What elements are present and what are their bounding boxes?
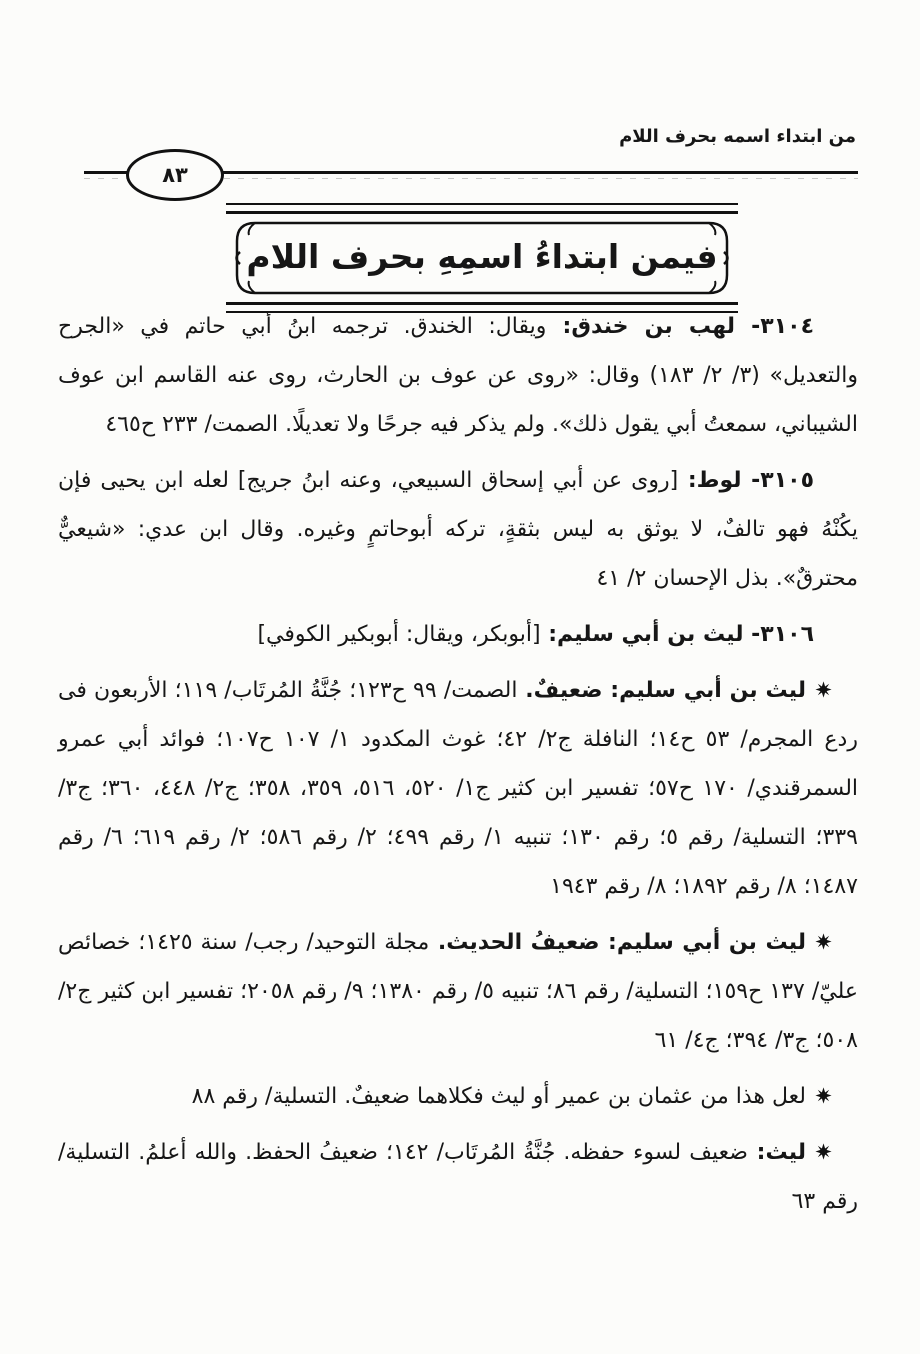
title-top-rule: [226, 203, 738, 214]
note-headword: ليث بن أبي سليم: ضعيفُ الحديث.: [429, 930, 806, 955]
note-paragraph: لعل هذا من عثمان بن عمير أو ليث فكلاهما …: [58, 1072, 858, 1121]
entry-body: [أبوبكر، ويقال: أبوبكير الكوفي]: [257, 622, 540, 647]
entry-number: ٣١٠٤-: [735, 314, 814, 339]
entry-name: لهب بن خندق:: [546, 314, 735, 339]
entry-name: ليث بن أبي سليم:: [541, 622, 744, 647]
entry-number: ٣١٠٥-: [742, 468, 814, 493]
note-paragraph: ليث: ضعيف لسوء حفظه. جُنَّةُ المُرتَاب/ …: [58, 1128, 858, 1226]
note-headword: ليث بن أبي سليم: ضعيفٌ.: [517, 678, 806, 703]
note-paragraph: ليث بن أبي سليم: ضعيفُ الحديث. مجلة التو…: [58, 918, 858, 1065]
entry-number: ٣١٠٦-: [743, 622, 814, 647]
note-text: لعل هذا من عثمان بن عمير أو ليث فكلاهما …: [192, 1084, 806, 1109]
section-title: فيمن ابتداءُ اسمِهِ بحرف اللام: [233, 219, 731, 297]
star-bullet-icon: [815, 933, 832, 950]
book-page: من ابتداء اسمه بحرف اللام ٨٣ فيمن ابتداء…: [0, 0, 920, 1354]
entry-paragraph-3104: ٣١٠٤- لهب بن خندق: ويقال: الخندق. ترجمه …: [58, 302, 858, 449]
entry-paragraph-3105: ٣١٠٥- لوط: [روى عن أبي إسحاق السبيعي، وع…: [58, 456, 858, 603]
note-text: ضعيف لسوء حفظه. جُنَّةُ المُرتَاب/ ١٤٢؛ …: [58, 1140, 858, 1214]
star-bullet-icon: [815, 1087, 832, 1104]
page-body: ٣١٠٤- لهب بن خندق: ويقال: الخندق. ترجمه …: [58, 302, 858, 1233]
entry-name: لوط:: [678, 468, 741, 493]
page-number: ٨٣: [162, 163, 188, 187]
entry-paragraph-3106: ٣١٠٦- ليث بن أبي سليم: [أبوبكر، ويقال: أ…: [58, 610, 858, 659]
star-bullet-icon: [815, 681, 832, 698]
note-headword: ليث:: [748, 1140, 806, 1165]
note-text: الصمت/ ٩٩ ح١٢٣؛ جُنَّةُ المُرتَاب/ ١١٩؛ …: [58, 678, 858, 899]
title-frame: فيمن ابتداءُ اسمِهِ بحرف اللام: [233, 219, 731, 297]
section-title-box: فيمن ابتداءُ اسمِهِ بحرف اللام: [226, 203, 738, 313]
running-header: من ابتداء اسمه بحرف اللام: [619, 126, 856, 147]
note-paragraph: ليث بن أبي سليم: ضعيفٌ. الصمت/ ٩٩ ح١٢٣؛ …: [58, 666, 858, 911]
page-number-badge: ٨٣: [126, 149, 224, 201]
star-bullet-icon: [815, 1143, 832, 1160]
